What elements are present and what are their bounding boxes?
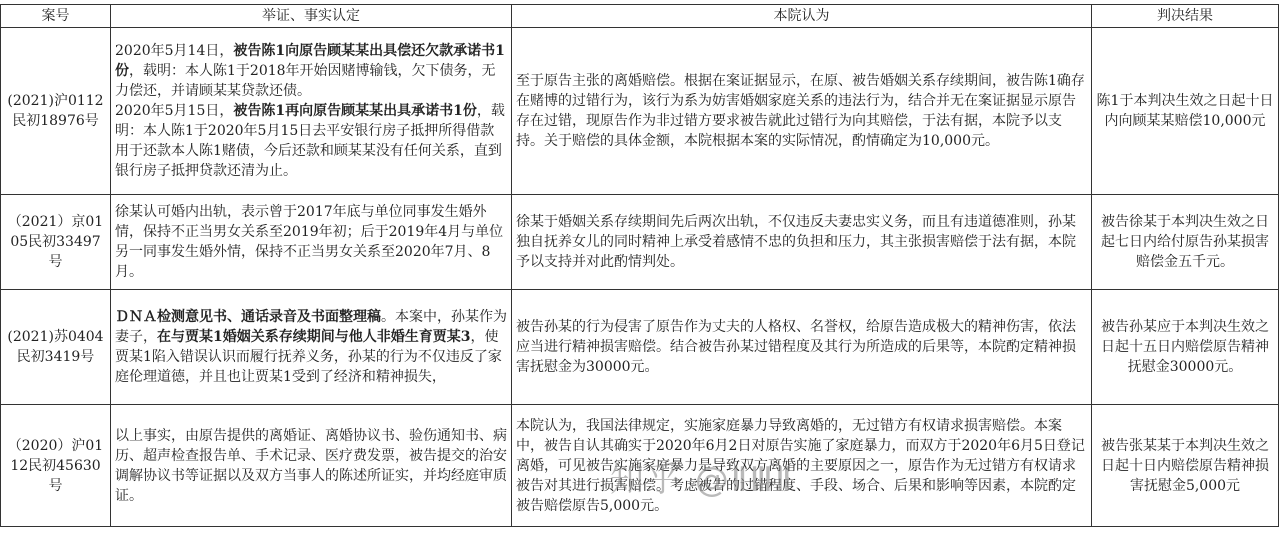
- verdict-result: 被告徐某于本判决生效之日起七日内给付原告孙某损害赔偿金五千元。: [1092, 195, 1279, 290]
- judgment-table: 案号 举证、事实认定 本院认为 判决结果 (2021)沪0112民初18976号…: [0, 4, 1279, 527]
- header-opinion: 本院认为: [512, 5, 1092, 28]
- court-opinion: 本院认为，我国法律规定，实施家庭暴力导致离婚的，无过错方有权请求损害赔偿。本案中…: [512, 405, 1092, 527]
- header-case-no: 案号: [1, 5, 111, 28]
- verdict-result: 陈1于本判决生效之日起十日内向顾某某赔偿10,000元: [1092, 28, 1279, 195]
- fact-text: 以上事实，由原告提供的离婚证、离婚协议书、验伤通知书、病历、超声检查报告单、手术…: [115, 428, 507, 504]
- verdict-result: 被告张某某于本判决生效之日起十日内赔偿原告精神损害抚慰金5,000元: [1092, 405, 1279, 527]
- court-opinion: 被告孙某的行为侵害了原告作为丈夫的人格权、名誉权，给原告造成极大的精神伤害，依法…: [512, 290, 1092, 405]
- evidence-facts: ＤＮＡ检测意见书、通话录音及书面整理稿。本案中，孙某作为妻子，在与贾某1婚姻关系…: [111, 290, 512, 405]
- fact-emphasis: 在与贾某1婚姻关系存续期间与他人非婚生育贾某3: [157, 329, 470, 345]
- header-row: 案号 举证、事实认定 本院认为 判决结果: [1, 5, 1279, 28]
- fact-text: ，载明：本人陈1于2018年开始因赌博输钱，欠下债务，无力偿还，并请顾某某贷款还…: [115, 63, 496, 99]
- header-facts: 举证、事实认定: [111, 5, 512, 28]
- case-number: （2020）沪0112民初45630号: [1, 405, 111, 527]
- header-verdict: 判决结果: [1092, 5, 1279, 28]
- evidence-facts: 2020年5月14日，被告陈1向原告顾某某出具偿还欠款承诺书1份，载明：本人陈1…: [111, 28, 512, 195]
- table-row: （2020）沪0112民初45630号 以上事实，由原告提供的离婚证、离婚协议书…: [1, 405, 1279, 527]
- table-row: (2021)沪0112民初18976号 2020年5月14日，被告陈1向原告顾某…: [1, 28, 1279, 195]
- table-row: (2021)苏0404民初3419号 ＤＮＡ检测意见书、通话录音及书面整理稿。本…: [1, 290, 1279, 405]
- fact-emphasis: ＤＮＡ检测意见书、通话录音及书面整理稿: [115, 309, 381, 325]
- case-number: (2021)苏0404民初3419号: [1, 290, 111, 405]
- case-number: (2021)沪0112民初18976号: [1, 28, 111, 195]
- verdict-result: 被告孙某应于本判决生效之日起十五日内赔偿原告精神抚慰金30000元。: [1092, 290, 1279, 405]
- court-opinion: 徐某于婚姻关系存续期间先后两次出轨，不仅违反夫妻忠实义务，而且有违道德准则，孙某…: [512, 195, 1092, 290]
- fact-text: 2020年5月15日，: [115, 103, 233, 119]
- table-row: （2021）京0105民初33497号 徐某认可婚内出轨，表示曾于2017年底与…: [1, 195, 1279, 290]
- evidence-facts: 以上事实，由原告提供的离婚证、离婚协议书、验伤通知书、病历、超声检查报告单、手术…: [111, 405, 512, 527]
- fact-text: 2020年5月14日，: [115, 43, 233, 59]
- fact-text: 徐某认可婚内出轨，表示曾于2017年底与单位同事发生婚外情，保持不正当男女关系至…: [115, 204, 503, 280]
- case-number: （2021）京0105民初33497号: [1, 195, 111, 290]
- fact-emphasis: 被告陈1再向原告顾某某出具承诺书1份: [233, 103, 476, 119]
- evidence-facts: 徐某认可婚内出轨，表示曾于2017年底与单位同事发生婚外情，保持不正当男女关系至…: [111, 195, 512, 290]
- court-opinion: 至于原告主张的离婚赔偿。根据在案证据显示，在原、被告婚姻关系存续期间，被告陈1确…: [512, 28, 1092, 195]
